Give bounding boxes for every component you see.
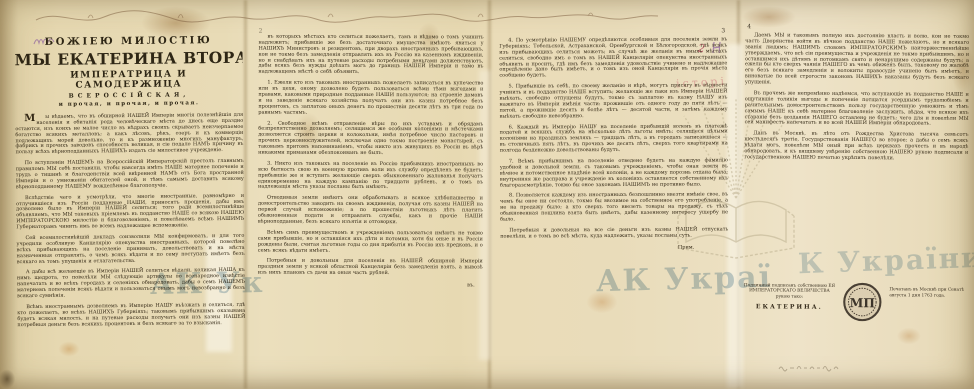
document-photo: історі 2 БОЖІЕЮ МИЛОСТІЮ МЫ ЕКАТЕРИНА ВТ…: [0, 0, 974, 389]
title-style: ИМПЕРАТРИЦА И САМОДЕРЖИЦА: [15, 69, 243, 91]
page-3: 3 4. По усмотрѣнію НАШЕМУ опредѣляются о…: [499, 27, 729, 360]
imperial-signature: ЕКАТЕРИНА.: [743, 303, 835, 311]
body-paragraph: 1. Ежели кто изъ таковыхъ иностранныхъ п…: [258, 81, 483, 117]
page-1: БОЖІЕЮ МИЛОСТІЮ МЫ ЕКАТЕРИНА ВТОРАЯ, ИМП…: [14, 35, 245, 353]
body-paragraph: Въ прочемъ же непремѣнно надѣемся, что в…: [745, 91, 969, 128]
body-paragraph: 7. Всѣмъ прибывшимъ на поселеніе отведен…: [500, 158, 728, 189]
document-title: БОЖІЕЮ МИЛОСТІЮ МЫ ЕКАТЕРИНА ВТОРАЯ, ИМП…: [14, 35, 243, 108]
title-realm: ВСЕРОССІЙСКАЯ,: [15, 91, 243, 100]
archive-stamp-watermark: АК Ук: [150, 265, 265, 301]
body-paragraph: въ которыхъ мѣстахъ кто селиться пожелае…: [258, 35, 483, 77]
body-paragraph: Потребныя и довольныя на все сіе деньги …: [500, 227, 728, 240]
corner-shadow: [0, 366, 18, 389]
body-paragraph: 6. Каждый въ Имперію НАШУ на поселеніе п…: [500, 124, 728, 155]
body-paragraph: 5. Прибывшіе въ себѣ, по своему желанію …: [499, 84, 727, 121]
page-4: 4 Даемъ МЫ и таковымъ полную ихъ достоян…: [743, 23, 970, 389]
seal-monogram: МП: [850, 295, 876, 310]
body-paragraph: 3. Никто изъ таковыхъ на поселеніе въ Ро…: [258, 162, 483, 192]
page-number: 4: [747, 23, 751, 30]
catchword: Прим.: [500, 244, 728, 251]
archive-stamp-watermark: К України: [797, 241, 974, 280]
body-paragraph: 2. Свободное всѣмъ отправленіе вѣры по и…: [258, 121, 483, 157]
body-paragraph: Всѣмъ симъ преимуществомъ и учрежденіемъ…: [258, 230, 483, 254]
page-2: 2 въ которыхъ мѣстахъ кто селиться пожел…: [257, 28, 483, 368]
catchword: въ.: [258, 282, 483, 289]
page-number: 2: [259, 28, 263, 35]
body-paragraph: Вслѣдствіе чего и усмотрѣли, что многіе …: [16, 193, 244, 231]
body-paragraph: 8. Позволяется каждому изъ иностранныхъ …: [500, 193, 728, 224]
body-paragraph: Сей всемилостивѣйшій докладъ соизволили …: [16, 234, 244, 266]
broadside-sheet: історі 2 БОЖІЕЮ МИЛОСТІЮ МЫ ЕКАТЕРИНА ВТ…: [0, 0, 974, 389]
page-number: 3: [721, 27, 725, 34]
title-etcetera: и прочая, и прочая, и прочая.: [15, 100, 243, 108]
body-paragraph: Потребныя и довольныя для поселенія въ Н…: [258, 259, 483, 277]
body-paragraph: Отводимыя земли имѣютъ они обработывать …: [258, 196, 483, 226]
body-paragraph: Даемъ МЫ и таковымъ полную ихъ достоянію…: [745, 33, 969, 88]
title-name: МЫ ЕКАТЕРИНА ВТОРАЯ,: [14, 48, 242, 69]
wax-seal: МП: [842, 281, 882, 323]
signature-block: Подлинный подписанъ собственною ЕЯ ИМПЕР…: [743, 283, 967, 324]
imprint-text: Печатанъ въ Москвѣ при Сенатѣ августа 1 …: [889, 287, 967, 299]
body-paragraph: Всѣмъ иностраннымъ дозволяемъ въ Имперію…: [17, 303, 245, 329]
body-paragraph: Данъ въ Москвѣ, въ лѣто отъ Рождества Хр…: [744, 132, 968, 163]
body-paragraph: По вступленіи НАШЕМЪ на Всероссійскій Им…: [16, 159, 244, 191]
body-paragraph: Мы вѣдаемъ, что въ обширной НАШЕЙ Импері…: [15, 113, 243, 157]
title-invocation: БОЖІЕЮ МИЛОСТІЮ: [14, 35, 242, 48]
archive-stamp-watermark: АК Украї: [596, 260, 773, 300]
body-paragraph: 4. По усмотрѣнію НАШЕМУ опредѣляются осо…: [499, 37, 727, 79]
